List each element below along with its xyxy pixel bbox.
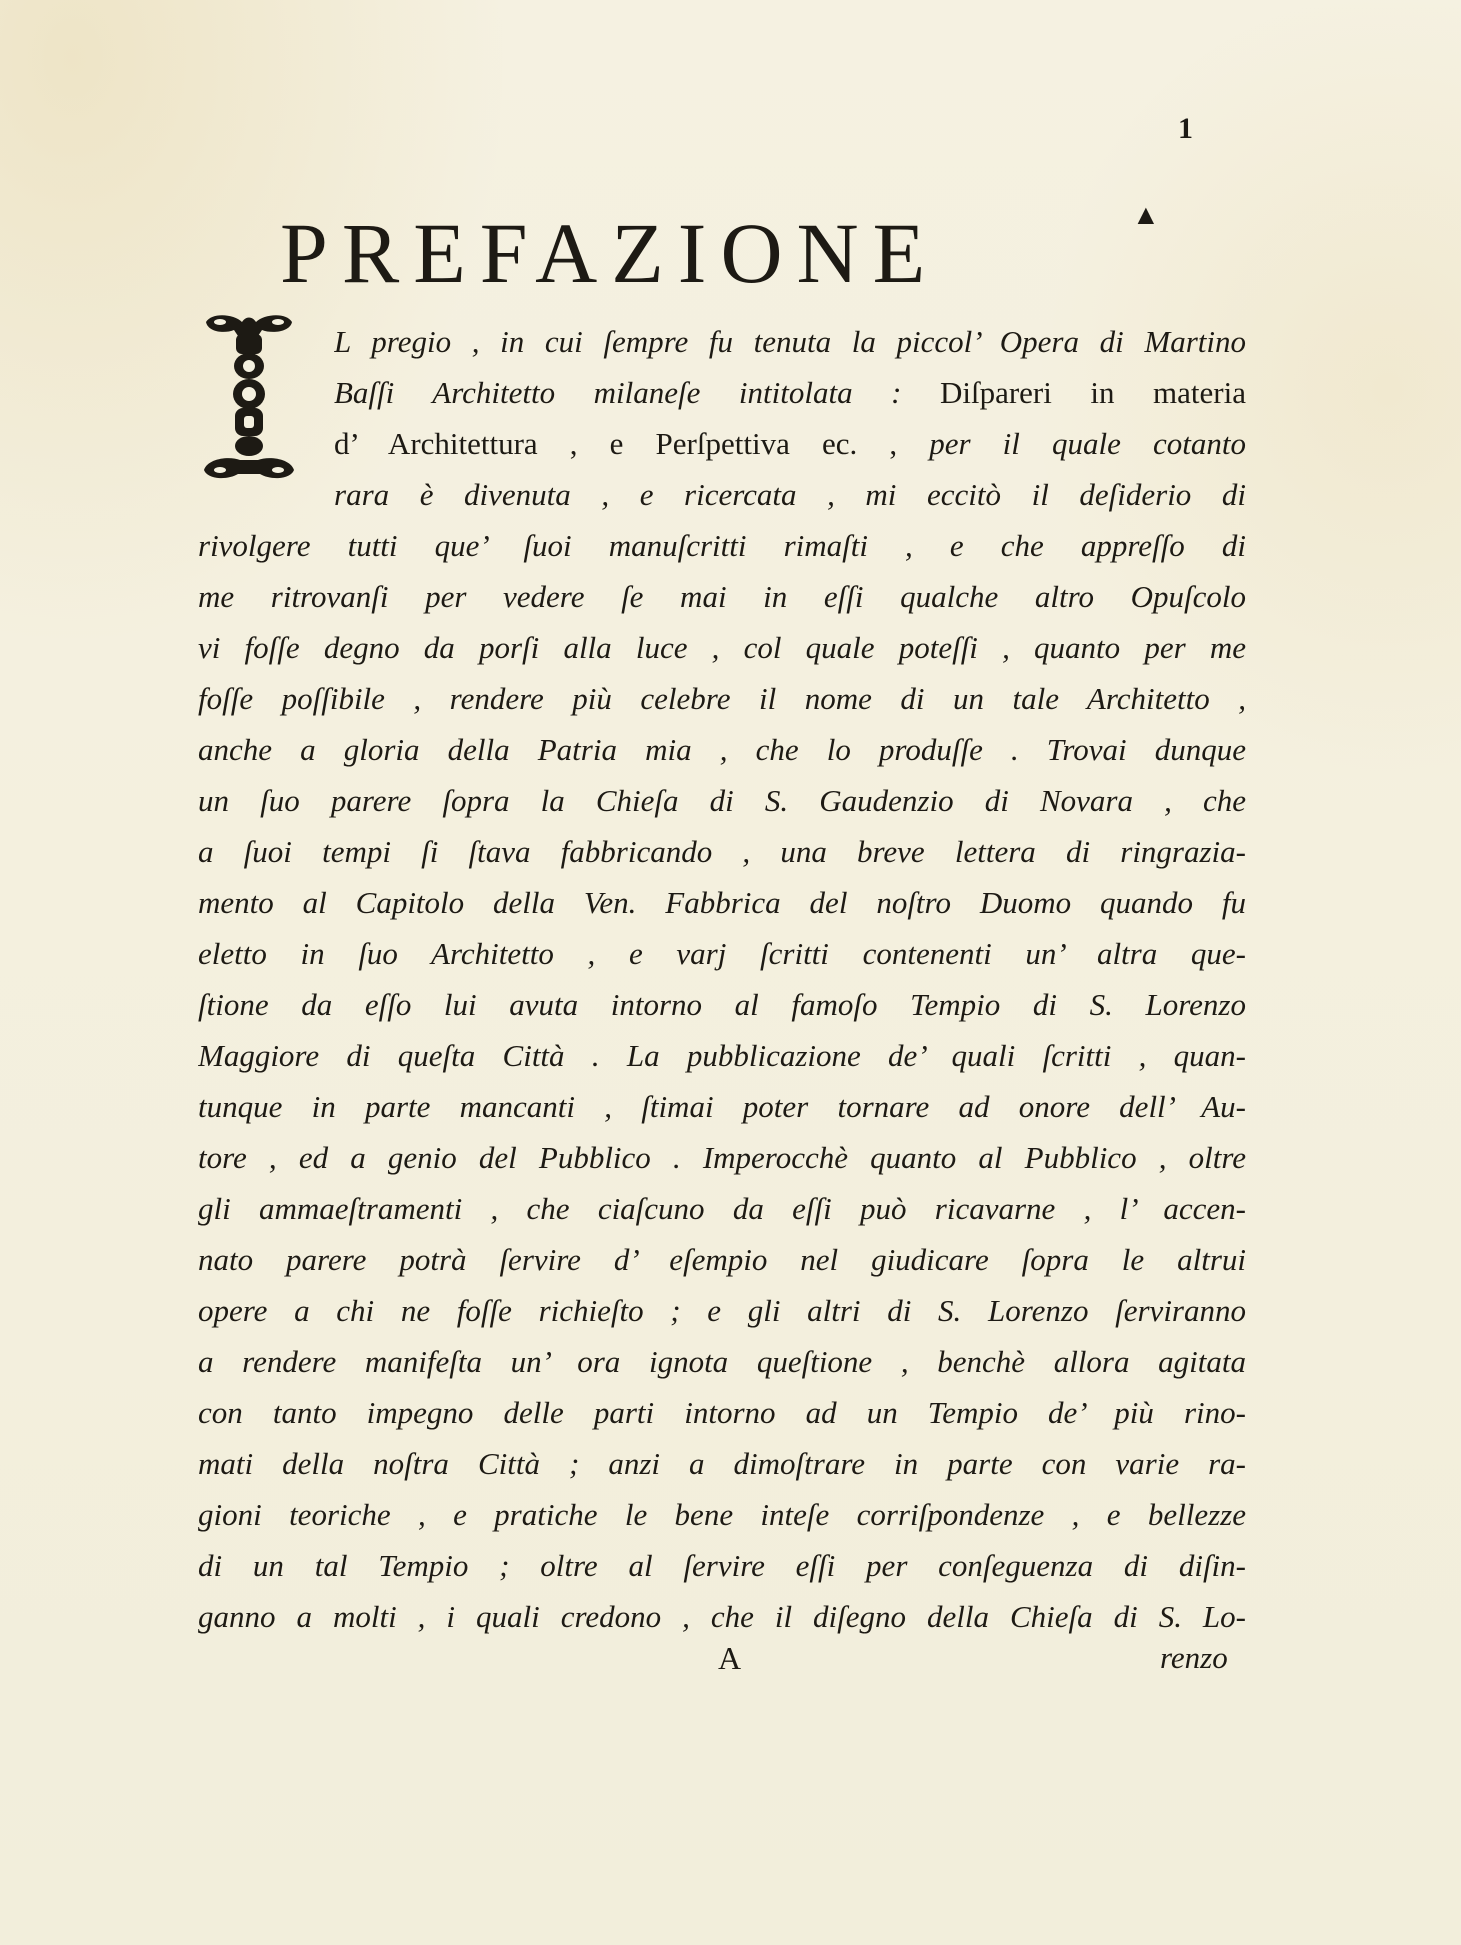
page-footer: A renzo [0, 1640, 1461, 1690]
text-segment: foſſe poſſibile , rendere più celebre il… [198, 681, 1246, 716]
text-line: Baſſi Architetto milaneſe intitolata : D… [334, 367, 1246, 418]
text-line: a ſuoi tempi ſi ſtava fabbricando , una … [198, 826, 1246, 877]
text-segment: un ſuo parere ſopra la Chieſa di S. Gaud… [198, 783, 1246, 818]
text-line: L pregio , in cui ſempre fu tenuta la pi… [334, 316, 1246, 367]
text-line: ganno a molti , i quali credono , che il… [198, 1591, 1246, 1642]
page-title: PREFAZIONE [280, 210, 939, 296]
text-segment: Baſſi Architetto milaneſe intitolata : [334, 375, 940, 410]
signature-mark: A [718, 1640, 741, 1677]
text-line: un ſuo parere ſopra la Chieſa di S. Gaud… [198, 775, 1246, 826]
text-segment: eletto in ſuo Architetto , e varj ſcritt… [198, 936, 1246, 971]
text-line: di un tal Tempio ; oltre al ſervire eſſi… [198, 1540, 1246, 1591]
text-segment: Maggiore di queſta Città . La pubblicazi… [198, 1038, 1246, 1073]
text-segment: mati della noſtra Città ; anzi a dimoſtr… [198, 1446, 1246, 1481]
text-line: d’ Architettura , e Perſpettiva ec. , pe… [334, 418, 1246, 469]
text-line: gli ammaeſtramenti , che ciaſcuno da eſſ… [198, 1183, 1246, 1234]
text-line: mati della noſtra Città ; anzi a dimoſtr… [198, 1438, 1246, 1489]
body-text: L pregio , in cui ſempre fu tenuta la pi… [198, 316, 1246, 1642]
text-segment: nato parere potrà ſervire d’ eſempio nel… [198, 1242, 1246, 1277]
text-segment: rivolgere tutti que’ ſuoi manuſcritti ri… [198, 528, 1246, 563]
text-segment: tore , ed a genio del Pubblico . Imperoc… [198, 1140, 1246, 1175]
text-segment: a rendere manifeſta un’ ora ignota queſt… [198, 1344, 1246, 1379]
text-segment: di un tal Tempio ; oltre al ſervire eſſi… [198, 1548, 1246, 1583]
text-line: vi foſſe degno da porſi alla luce , col … [198, 622, 1246, 673]
text-segment: Diſpareri in materia [940, 375, 1246, 410]
text-segment: me ritrovanſi per vedere ſe mai in eſſi … [198, 579, 1246, 614]
text-segment: con tanto impegno delle parti intorno ad… [198, 1395, 1246, 1430]
text-line: con tanto impegno delle parti intorno ad… [198, 1387, 1246, 1438]
text-line: rara è divenuta , e ricercata , mi eccit… [334, 469, 1246, 520]
text-segment: anche a gloria della Patria mia , che lo… [198, 732, 1246, 767]
text-line: rivolgere tutti que’ ſuoi manuſcritti ri… [198, 520, 1246, 571]
text-segment: a ſuoi tempi ſi ſtava fabbricando , una … [198, 834, 1246, 869]
text-line: Maggiore di queſta Città . La pubblicazi… [198, 1030, 1246, 1081]
text-line: eletto in ſuo Architetto , e varj ſcritt… [198, 928, 1246, 979]
text-line: opere a chi ne foſſe richieſto ; e gli a… [198, 1285, 1246, 1336]
text-line: ſtione da eſſo lui avuta intorno al famo… [198, 979, 1246, 1030]
text-segment: vi foſſe degno da porſi alla luce , col … [198, 630, 1246, 665]
text-line: gioni teoriche , e pratiche le bene inte… [198, 1489, 1246, 1540]
text-segment: rara è divenuta , e ricercata , mi eccit… [334, 477, 1246, 512]
text-line: tunque in parte mancanti , ſtimai poter … [198, 1081, 1246, 1132]
text-line: a rendere manifeſta un’ ora ignota queſt… [198, 1336, 1246, 1387]
text-segment: d’ Architettura , e Perſpettiva ec. , [334, 426, 929, 461]
catchword: renzo [1160, 1640, 1228, 1676]
text-segment: opere a chi ne foſſe richieſto ; e gli a… [198, 1293, 1246, 1328]
text-segment: gioni teoriche , e pratiche le bene inte… [198, 1497, 1246, 1532]
text-segment: mento al Capitolo della Ven. Fabbrica de… [198, 885, 1246, 920]
text-line: anche a gloria della Patria mia , che lo… [198, 724, 1246, 775]
ornament-icon: ▲ [1132, 200, 1160, 232]
text-segment: ganno a molti , i quali credono , che il… [198, 1599, 1246, 1634]
text-segment: per il quale cotanto [929, 426, 1246, 461]
text-segment: tunque in parte mancanti , ſtimai poter … [198, 1089, 1246, 1124]
text-line: tore , ed a genio del Pubblico . Imperoc… [198, 1132, 1246, 1183]
text-line: nato parere potrà ſervire d’ eſempio nel… [198, 1234, 1246, 1285]
text-line: me ritrovanſi per vedere ſe mai in eſſi … [198, 571, 1246, 622]
text-segment: L pregio , in cui ſempre fu tenuta la pi… [334, 324, 1246, 359]
text-line: foſſe poſſibile , rendere più celebre il… [198, 673, 1246, 724]
text-segment: ſtione da eſſo lui avuta intorno al famo… [198, 987, 1246, 1022]
text-line: mento al Capitolo della Ven. Fabbrica de… [198, 877, 1246, 928]
page-number: 1 [1178, 112, 1193, 146]
text-segment: gli ammaeſtramenti , che ciaſcuno da eſſ… [198, 1191, 1246, 1226]
